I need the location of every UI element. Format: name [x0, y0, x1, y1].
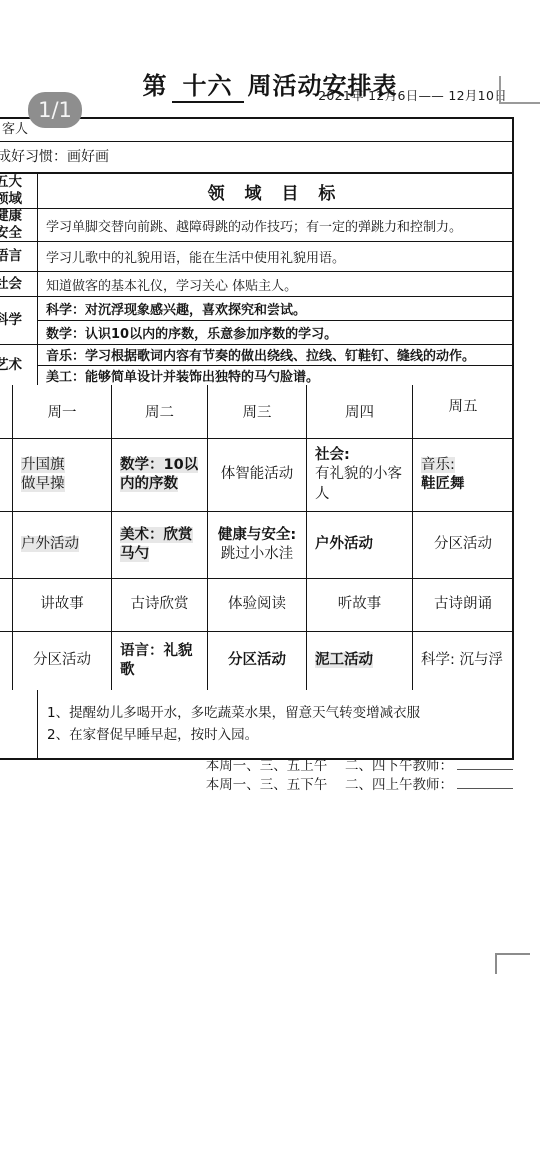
- activity-line: 分区活动: [415, 535, 511, 554]
- schedule-cell-r3-c1: 讲故事: [13, 579, 112, 631]
- activity-text: 有礼貌的小客人: [315, 466, 402, 501]
- activity-text: 泥工活动: [315, 652, 373, 668]
- domain-row-content: 科学：对沉浮现象感兴趣，喜欢探究和尝试。数学：认识10以内的序数，乐意参加序数的…: [38, 297, 512, 344]
- schedule-rows: 升国旗做早操数学：10以内的序数体智能活动社会:有礼貌的小客人音乐:鞋匠舞户外活…: [0, 439, 512, 690]
- page-corner-mark-horizontal: [495, 953, 530, 955]
- schedule-cell-r2-c2: 美术：欣赏马勺: [112, 512, 208, 578]
- domain-row-label: 社会: [0, 276, 37, 293]
- activity-line: 健康与安全:: [210, 526, 304, 545]
- activity-line: 户外活动: [21, 535, 108, 554]
- signature-blank: [457, 776, 513, 789]
- activity-text: 分区活动: [228, 652, 286, 668]
- activity-text: 音乐:: [421, 457, 455, 473]
- domain-row-content: 知道做客的基本礼仪，学习关心 体贴主人。: [38, 272, 512, 296]
- schedule-row: 讲故事古诗欣赏体验阅读听故事古诗朗诵: [0, 579, 512, 632]
- activity-line: 户外活动: [315, 535, 409, 554]
- domain-row-content: 音乐：学习根据歌词内容有节奏的做出绕线、拉线、钉鞋钉、缝线的动作。美工：能够简单…: [38, 345, 512, 385]
- activity-text: 升国旗: [21, 457, 65, 473]
- activity-text: 听故事: [338, 596, 382, 612]
- domain-row: 艺术音乐：学习根据歌词内容有节奏的做出绕线、拉线、钉鞋钉、缝线的动作。美工：能够…: [0, 345, 512, 385]
- activity-line: 体验阅读: [210, 595, 304, 614]
- activity-line: 有礼貌的小客人: [315, 465, 409, 503]
- activity-text: 做早操: [21, 476, 65, 492]
- schedule-row: 分区活动语言：礼貌歌分区活动泥工活动科学: 沉与浮: [0, 632, 512, 690]
- page-indicator-badge: 1/1: [28, 92, 82, 128]
- row-label-cutoff: [0, 579, 13, 631]
- schedule-cell-r1-c1: 升国旗做早操: [13, 439, 112, 511]
- weekday-header-5: 周五: [413, 385, 513, 438]
- domain-row-label-cell: 语言: [0, 242, 38, 271]
- domain-corner-label: 五大 领域: [0, 174, 37, 208]
- domain-row-label-cell: 社会: [0, 272, 38, 296]
- notes-body: 1、提醒幼儿多喝开水，多吃蔬菜水果，留意天气转变增减衣服2、在家督促早睡早起，按…: [38, 690, 512, 758]
- activity-text: 体智能活动: [221, 466, 294, 482]
- schedule-cell-r1-c2: 数学：10以内的序数: [112, 439, 208, 511]
- date-range: 2021年 12月6日—— 12月10日: [318, 86, 507, 104]
- domain-row-label: 科学: [0, 312, 37, 329]
- notes-label-cutoff: [0, 690, 38, 758]
- signature-blank: [457, 757, 513, 770]
- domain-row-label: 语言: [0, 248, 37, 265]
- weekday-header-4: 周四: [307, 385, 413, 438]
- weekday-header-1: 周一: [13, 385, 112, 438]
- schedule-cell-r3-c4: 听故事: [307, 579, 413, 631]
- footer-text: 本周一、三、五下午 二、四上午教师：: [206, 777, 453, 793]
- schedule-cell-r2-c5: 分区活动: [413, 512, 513, 578]
- domain-corner-cell: 五大 领域: [0, 174, 38, 208]
- activity-text: 体验阅读: [228, 596, 286, 612]
- activity-text: 户外活动: [21, 536, 79, 552]
- activity-text: 分区活动: [434, 536, 492, 552]
- teacher-signature-footer: 本周一、三、五上午 二、四下午教师：本周一、三、五下午 二、四上午教师：: [0, 757, 515, 794]
- schedule-cell-r3-c5: 古诗朗诵: [413, 579, 513, 631]
- domain-row-label-cell: 健康 安全: [0, 209, 38, 241]
- activity-line: 古诗欣赏: [114, 595, 205, 614]
- activity-text: 美术：欣赏马勺: [120, 527, 193, 562]
- domain-goal-line: 美工：能够简单设计并装饰出独特的马勺脸谱。: [38, 366, 512, 386]
- document-sheet: 第十六周活动安排表 2021年 12月6日—— 12月10日 1/1 客人 成好…: [0, 0, 540, 1170]
- activity-line: 鞋匠舞: [421, 475, 510, 494]
- activity-text: 科学: 沉与浮: [421, 652, 503, 668]
- domain-goal-line: 音乐：学习根据歌词内容有节奏的做出绕线、拉线、钉鞋钉、缝线的动作。: [38, 345, 512, 366]
- activity-text: 语言：礼貌歌: [120, 643, 193, 678]
- domain-goal-text: 知道做客的基本礼仪，学习关心 体贴主人。: [38, 275, 512, 294]
- activity-text: 社会:: [315, 447, 350, 463]
- note-line: 1、提醒幼儿多喝开水，多吃蔬菜水果，留意天气转变增减衣服: [47, 702, 512, 724]
- schedule-row: 户外活动美术：欣赏马勺健康与安全:跳过小水洼户外活动分区活动: [0, 512, 512, 579]
- activity-text: 跳过小水洼: [221, 546, 294, 562]
- activity-text: 分区活动: [33, 652, 91, 668]
- domain-row-label-cell: 艺术: [0, 345, 38, 385]
- activity-line: 跳过小水洼: [210, 545, 304, 564]
- page-corner-mark-vertical: [495, 953, 497, 974]
- activity-line: 科学: 沉与浮: [421, 651, 510, 670]
- footer-text: 本周一、三、五上午 二、四下午教师：: [206, 758, 453, 774]
- domain-row-label: 健康 安全: [0, 209, 37, 241]
- activity-text: 鞋匠舞: [421, 476, 465, 492]
- weekly-schedule-table: 客人 成好习惯：画好画 五大 领域 领 域 目 标 健康 安全学习单脚交替向前跳…: [0, 117, 514, 760]
- activity-line: 社会:: [315, 446, 409, 465]
- schedule-cell-r4-c1: 分区活动: [13, 632, 112, 690]
- row-label-cutoff: [0, 632, 13, 690]
- title-week-number: 十六: [172, 66, 244, 103]
- activity-text: 讲故事: [40, 596, 84, 612]
- activity-line: 音乐:: [421, 456, 510, 475]
- domain-row-label: 艺术: [0, 357, 37, 374]
- activity-line: 讲故事: [15, 595, 109, 614]
- footer-line: 本周一、三、五下午 二、四上午教师：: [0, 776, 515, 795]
- schedule-cell-r4-c2: 语言：礼貌歌: [112, 632, 208, 690]
- schedule-cell-r2-c1: 户外活动: [13, 512, 112, 578]
- activity-line: 分区活动: [15, 651, 109, 670]
- schedule-row: 升国旗做早操数学：10以内的序数体智能活动社会:有礼貌的小客人音乐:鞋匠舞: [0, 439, 512, 512]
- activity-line: 体智能活动: [210, 465, 304, 484]
- habit-row: 成好习惯：画好画: [0, 142, 512, 174]
- schedule-cell-r1-c3: 体智能活动: [208, 439, 307, 511]
- notes-row: 1、提醒幼儿多喝开水，多吃蔬菜水果，留意天气转变增减衣服2、在家督促早睡早起，按…: [0, 690, 512, 758]
- domain-goal-line: 数学：认识10以内的序数，乐意参加序数的学习。: [38, 321, 512, 344]
- domain-goal-text: 学习单脚交替向前跳、越障碍跳的动作技巧；有一定的弹跳力和控制力。: [38, 216, 512, 235]
- activity-line: 泥工活动: [315, 651, 409, 670]
- domain-goal-rows: 健康 安全学习单脚交替向前跳、越障碍跳的动作技巧；有一定的弹跳力和控制力。语言学…: [0, 209, 512, 385]
- schedule-cell-r1-c5: 音乐:鞋匠舞: [413, 439, 513, 511]
- schedule-cell-r2-c3: 健康与安全:跳过小水洼: [208, 512, 307, 578]
- schedule-cell-r4-c4: 泥工活动: [307, 632, 413, 690]
- schedule-cell-r2-c4: 户外活动: [307, 512, 413, 578]
- schedule-cell-r4-c5: 科学: 沉与浮: [413, 632, 513, 690]
- activity-line: 做早操: [21, 475, 108, 494]
- schedule-cell-r3-c3: 体验阅读: [208, 579, 307, 631]
- domain-goal-line: 科学：对沉浮现象感兴趣，喜欢探究和尝试。: [38, 297, 512, 321]
- title-prefix: 第: [143, 72, 168, 100]
- schedule-cell-r4-c3: 分区活动: [208, 632, 307, 690]
- activity-line: 语言：礼貌歌: [120, 642, 204, 680]
- activity-line: 分区活动: [210, 651, 304, 670]
- domain-row-label-cell: 科学: [0, 297, 38, 344]
- ruler-mark-horizontal: [499, 102, 540, 104]
- activity-text: 古诗朗诵: [434, 596, 492, 612]
- row-label-cutoff: [0, 439, 13, 511]
- weekday-header-3: 周三: [208, 385, 307, 438]
- activity-text: 古诗欣赏: [131, 596, 189, 612]
- schedule-cell-r1-c4: 社会:有礼貌的小客人: [307, 439, 413, 511]
- activity-line: 数学：10以内的序数: [120, 456, 204, 494]
- activity-text: 数学：10以内的序数: [120, 457, 198, 492]
- domain-row-content: 学习儿歌中的礼貌用语，能在生活中使用礼貌用语。: [38, 242, 512, 271]
- activity-line: 升国旗: [21, 456, 108, 475]
- activity-line: 美术：欣赏马勺: [120, 526, 204, 564]
- domain-row: 社会知道做客的基本礼仪，学习关心 体贴主人。: [0, 272, 512, 297]
- activity-line: 听故事: [309, 595, 410, 614]
- domain-row: 健康 安全学习单脚交替向前跳、越障碍跳的动作技巧；有一定的弹跳力和控制力。: [0, 209, 512, 242]
- row-label-cutoff: [0, 385, 13, 438]
- schedule-cell-r3-c2: 古诗欣赏: [112, 579, 208, 631]
- domain-row: 语言学习儿歌中的礼貌用语，能在生活中使用礼貌用语。: [0, 242, 512, 272]
- activity-text: 健康与安全:: [218, 527, 296, 543]
- domain-header-row: 五大 领域 领 域 目 标: [0, 174, 512, 209]
- note-line: 2、在家督促早睡早起，按时入园。: [47, 724, 512, 746]
- domain-goal-header: 领 域 目 标: [38, 174, 512, 208]
- row-label-cutoff: [0, 512, 13, 578]
- weekday-header-row: 周一周二周三周四周五: [0, 385, 512, 439]
- activity-line: 古诗朗诵: [415, 595, 511, 614]
- domain-row: 科学科学：对沉浮现象感兴趣，喜欢探究和尝试。数学：认识10以内的序数，乐意参加序…: [0, 297, 512, 345]
- footer-line: 本周一、三、五上午 二、四下午教师：: [0, 757, 515, 776]
- ruler-mark-vertical: [499, 76, 501, 103]
- weekday-header-2: 周二: [112, 385, 208, 438]
- domain-row-content: 学习单脚交替向前跳、越障碍跳的动作技巧；有一定的弹跳力和控制力。: [38, 209, 512, 241]
- domain-goal-text: 学习儿歌中的礼貌用语，能在生活中使用礼貌用语。: [38, 247, 512, 266]
- activity-text: 户外活动: [315, 536, 373, 552]
- habit-cell: 成好习惯：画好画: [0, 142, 512, 172]
